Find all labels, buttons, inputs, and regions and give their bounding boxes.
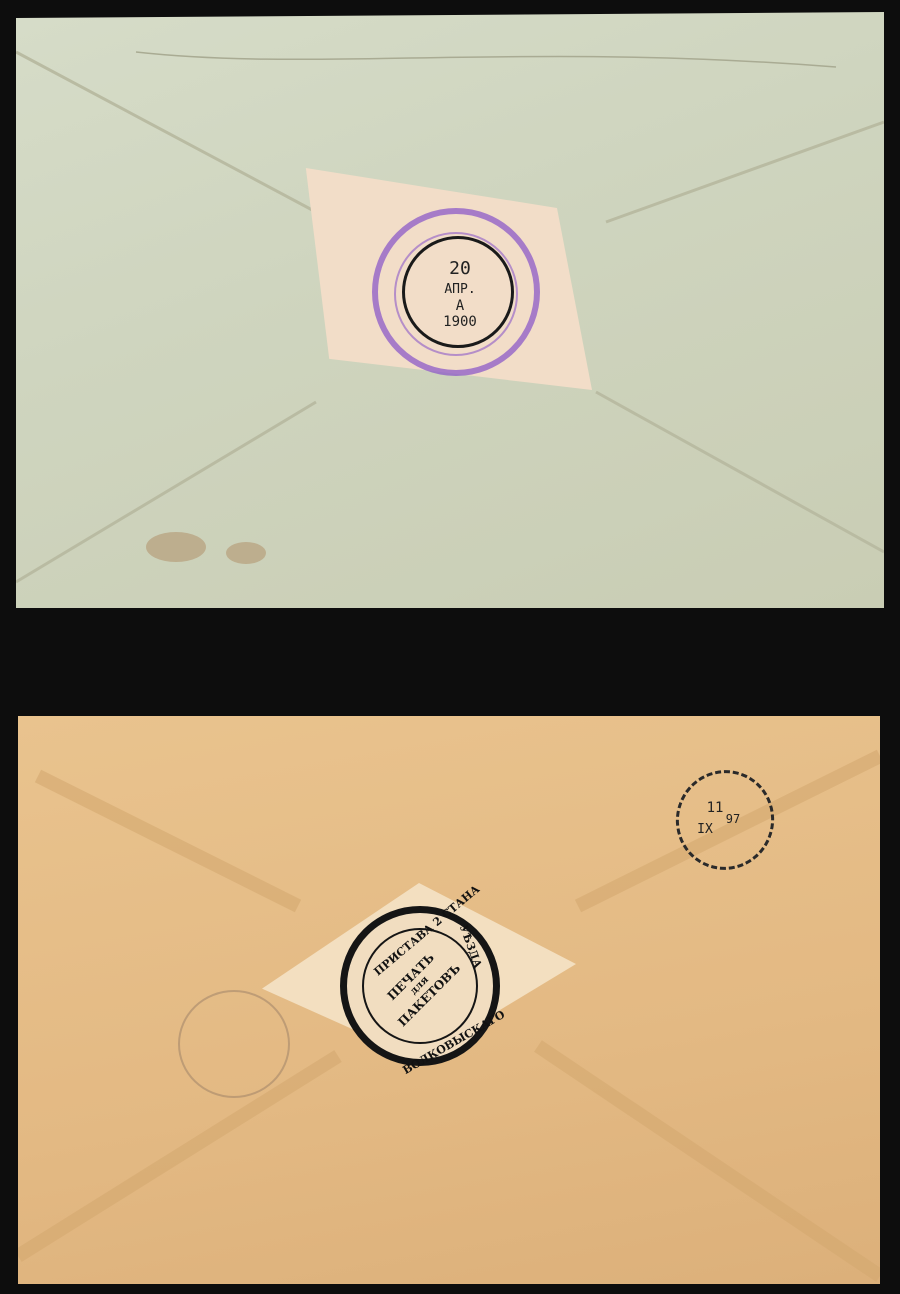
postmark-day: 20	[440, 258, 480, 279]
postmark-series: А	[440, 298, 480, 314]
stain	[226, 542, 266, 564]
postmark-month: IX	[690, 822, 720, 837]
postmark-year: 1900	[430, 314, 490, 330]
faint-postmark	[178, 990, 290, 1098]
postmark-year: 97	[718, 812, 748, 826]
stain	[146, 532, 206, 562]
postmark-month: АПР.	[430, 282, 490, 297]
